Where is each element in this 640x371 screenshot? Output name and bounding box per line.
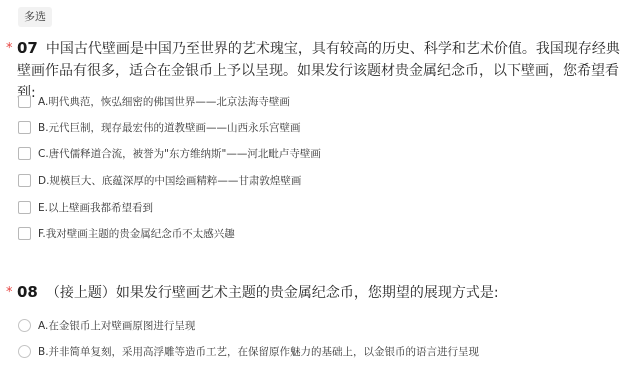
radio-option-b[interactable]: B.并非简单复刻，采用高浮雕等造币工艺，在保留原作魅力的基础上，以金银币的语言进… [18,342,479,360]
question-text: （接上题）如果发行壁画艺术主题的贵金属纪念币，您期望的展现方式是: [46,285,499,301]
checkbox-icon[interactable] [18,147,31,160]
checkbox-icon[interactable] [18,174,31,187]
radio-icon[interactable] [18,319,31,332]
radio-icon[interactable] [18,345,31,358]
question-08-title: * 08（接上题）如果发行壁画艺术主题的贵金属纪念币，您期望的展现方式是: [0,281,640,304]
radio-option-a[interactable]: A.在金银币上对壁画原图进行呈现 [18,316,195,334]
checkbox-option-a[interactable]: A.明代典范，恢弘细密的佛国世界——北京法海寺壁画 [18,92,290,110]
checkbox-icon[interactable] [18,227,31,240]
option-label: A.在金银币上对壁画原图进行呈现 [38,318,195,333]
required-asterisk: * [6,282,13,304]
option-label: B.元代巨制，现存最宏伟的道教壁画——山西永乐宫壁画 [38,120,301,135]
option-label: E.以上壁画我都希望看到 [38,200,153,215]
checkbox-icon[interactable] [18,201,31,214]
option-label: D.规模巨大、底蕴深厚的中国绘画精粹——甘肃敦煌壁画 [38,173,301,188]
checkbox-option-d[interactable]: D.规模巨大、底蕴深厚的中国绘画精粹——甘肃敦煌壁画 [18,171,301,189]
multi-select-tag: 多选 [18,7,52,27]
checkbox-icon[interactable] [18,121,31,134]
option-label: B.并非简单复刻，采用高浮雕等造币工艺，在保留原作魅力的基础上，以金银币的语言进… [38,344,479,359]
option-label: A.明代典范，恢弘细密的佛国世界——北京法海寺壁画 [38,94,290,109]
option-label: C.唐代儒释道合流，被誉为"东方维纳斯"——河北毗卢寺壁画 [38,146,321,161]
checkbox-option-f[interactable]: F.我对壁画主题的贵金属纪念币不太感兴趣 [18,224,235,242]
question-number: 07 [17,39,38,57]
question-08: * 08（接上题）如果发行壁画艺术主题的贵金属纪念币，您期望的展现方式是: [0,281,640,304]
required-asterisk: * [6,38,13,60]
question-number: 08 [17,283,38,301]
checkbox-icon[interactable] [18,95,31,108]
checkbox-option-b[interactable]: B.元代巨制，现存最宏伟的道教壁画——山西永乐宫壁画 [18,118,301,136]
option-label: F.我对壁画主题的贵金属纪念币不太感兴趣 [38,226,235,241]
checkbox-option-e[interactable]: E.以上壁画我都希望看到 [18,198,153,216]
checkbox-option-c[interactable]: C.唐代儒释道合流，被誉为"东方维纳斯"——河北毗卢寺壁画 [18,144,321,162]
